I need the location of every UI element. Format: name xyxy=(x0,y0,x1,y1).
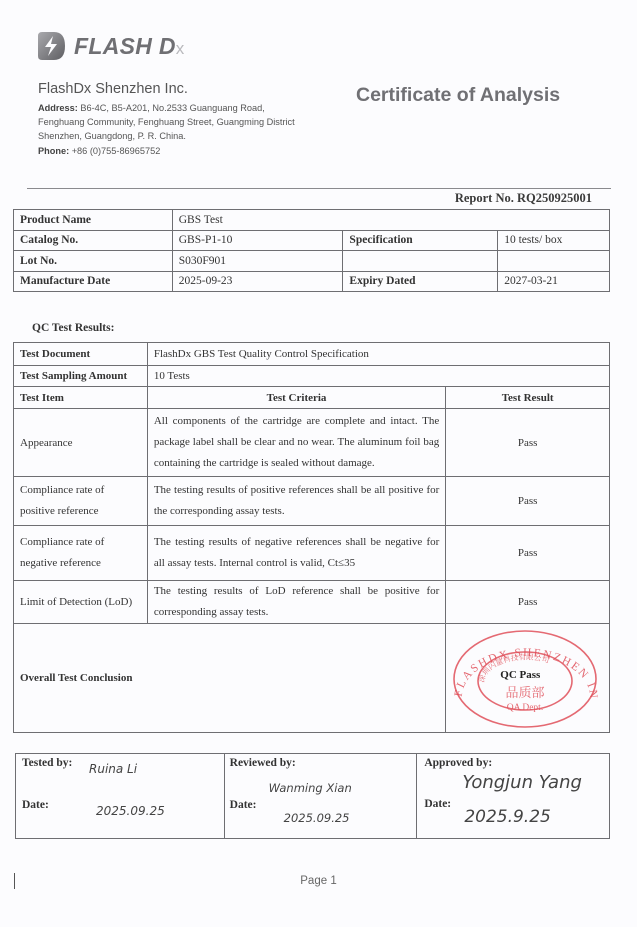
specification-value: 10 tests/ box xyxy=(498,230,610,251)
company-address: Address: B6-4C, B5-A201, No.2533 Guangua… xyxy=(38,101,295,158)
product-name-value: GBS Test xyxy=(172,210,609,231)
manufacture-date-value: 2025-09-23 xyxy=(172,271,343,292)
test-document-label: Test Document xyxy=(14,343,148,366)
reviewed-by-signature: Wanming Xian xyxy=(269,781,352,795)
test-document-value: FlashDx GBS Test Quality Control Specifi… xyxy=(147,343,609,366)
table-row: Compliance rate of negative reference Th… xyxy=(14,526,610,581)
product-name-label: Product Name xyxy=(14,210,173,231)
reviewed-date-label: Date: xyxy=(230,799,257,811)
test-result: Pass xyxy=(446,477,610,526)
reviewed-date-value: 2025.09.25 xyxy=(284,811,350,825)
table-row: Lot No. S030F901 xyxy=(14,251,610,272)
sampling-amount-label: Test Sampling Amount xyxy=(14,366,148,387)
signature-table: Tested by: Ruina Li Date: 2025.09.25 Rev… xyxy=(15,753,610,839)
test-item: Appearance xyxy=(14,409,148,477)
table-row: Limit of Detection (LoD) The testing res… xyxy=(14,581,610,624)
overall-conclusion-label: Overall Test Conclusion xyxy=(14,624,446,733)
lot-value: S030F901 xyxy=(172,251,343,272)
test-item: Compliance rate of positive reference xyxy=(14,477,148,526)
column-header-test-result: Test Result xyxy=(446,387,610,409)
approved-date-label: Date: xyxy=(424,798,451,810)
expiry-date-label: Expiry Dated xyxy=(343,271,498,292)
table-row: Appearance All components of the cartrid… xyxy=(14,409,610,477)
test-item: Limit of Detection (LoD) xyxy=(14,581,148,624)
flashdx-logo-icon xyxy=(36,30,66,62)
manufacture-date-label: Manufacture Date xyxy=(14,271,173,292)
tested-date-label: Date: xyxy=(22,799,49,811)
table-row: Overall Test Conclusion FLASHDX SHENZHEN… xyxy=(14,624,610,733)
table-row: Test Sampling Amount 10 Tests xyxy=(14,366,610,387)
table-header-row: Test Item Test Criteria Test Result xyxy=(14,387,610,409)
catalog-label: Catalog No. xyxy=(14,230,173,251)
test-criteria: The testing results of LoD reference sha… xyxy=(147,581,445,624)
report-number: Report No. RQ250925001 xyxy=(455,191,592,206)
test-result: Pass xyxy=(446,409,610,477)
approved-by-signature: Yongjun Yang xyxy=(462,772,582,793)
approved-date-value: 2025.9.25 xyxy=(464,807,551,827)
catalog-value: GBS-P1-10 xyxy=(172,230,343,251)
tested-by-signature: Ruina Li xyxy=(89,762,137,776)
qc-results-table: Test Document FlashDx GBS Test Quality C… xyxy=(13,342,610,733)
empty-cell xyxy=(498,251,610,272)
test-item: Compliance rate of negative reference xyxy=(14,526,148,581)
approved-by-cell: Approved by: Yongjun Yang Date: 2025.9.2… xyxy=(417,754,610,839)
overall-conclusion-value: QC Pass xyxy=(500,669,540,681)
table-row: Manufacture Date 2025-09-23 Expiry Dated… xyxy=(14,271,610,292)
logo-wordmark: FLASH Dx xyxy=(74,33,185,60)
tested-date-value: 2025.09.25 xyxy=(96,804,165,818)
test-criteria: The testing results of positive referenc… xyxy=(147,477,445,526)
overall-conclusion-cell: FLASHDX SHENZHEN INC. 深圳闪量科技有限公司 品质部 QA … xyxy=(446,624,610,733)
tested-by-cell: Tested by: Ruina Li Date: 2025.09.25 xyxy=(16,754,225,839)
lot-label: Lot No. xyxy=(14,251,173,272)
test-result: Pass xyxy=(446,581,610,624)
test-criteria: All components of the cartridge are comp… xyxy=(147,409,445,477)
table-row: Compliance rate of positive reference Th… xyxy=(14,477,610,526)
reviewed-by-label: Reviewed by: xyxy=(230,757,296,769)
table-row: Product Name GBS Test xyxy=(14,210,610,231)
test-criteria: The testing results of negative referenc… xyxy=(147,526,445,581)
column-header-test-criteria: Test Criteria xyxy=(147,387,445,409)
reviewed-by-cell: Reviewed by: Wanming Xian Date: 2025.09.… xyxy=(224,754,417,839)
expiry-date-value: 2027-03-21 xyxy=(498,271,610,292)
sampling-amount-value: 10 Tests xyxy=(147,366,609,387)
empty-cell xyxy=(343,251,498,272)
product-info-table: Product Name GBS Test Catalog No. GBS-P1… xyxy=(13,209,610,292)
table-row: Tested by: Ruina Li Date: 2025.09.25 Rev… xyxy=(16,754,610,839)
test-result: Pass xyxy=(446,526,610,581)
table-row: Test Document FlashDx GBS Test Quality C… xyxy=(14,343,610,366)
column-header-test-item: Test Item xyxy=(14,387,148,409)
company-logo: FLASH Dx xyxy=(36,27,185,65)
qc-results-heading: QC Test Results: xyxy=(32,322,114,334)
approved-by-label: Approved by: xyxy=(424,757,492,769)
specification-label: Specification xyxy=(343,230,498,251)
svg-text:品质部: 品质部 xyxy=(506,686,545,701)
header-divider xyxy=(27,188,611,189)
svg-text:QA Dept.: QA Dept. xyxy=(507,703,543,713)
document-title: Certificate of Analysis xyxy=(356,84,560,107)
table-row: Catalog No. GBS-P1-10 Specification 10 t… xyxy=(14,230,610,251)
tested-by-label: Tested by: xyxy=(22,757,72,769)
company-name: FlashDx Shenzhen Inc. xyxy=(38,81,188,97)
page-number: Page 1 xyxy=(0,875,637,887)
